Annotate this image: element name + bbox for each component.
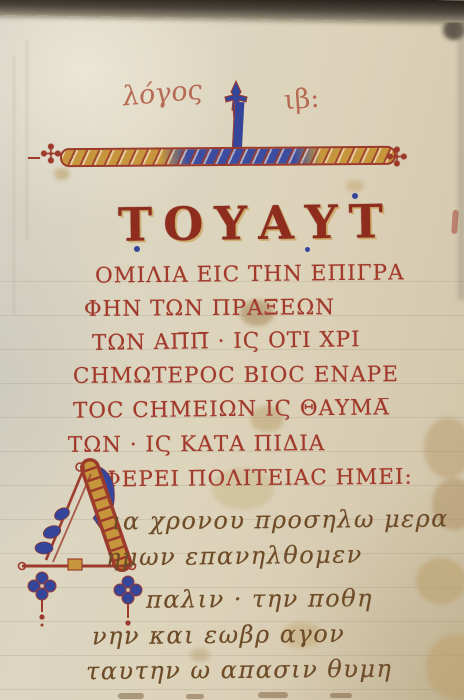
header-inscription-number: ιβ: [283, 83, 320, 116]
rubric-line: ΦΕΡΕΙ ΠΟΛΙΤΕΙΑϹ ΗΜΕΙ: [103, 465, 413, 493]
clipped-letter-tops [258, 692, 288, 698]
body-line: νην και εωβρ αγον [92, 620, 346, 651]
clipped-letter-tops [186, 694, 204, 699]
book-edge [0, 0, 464, 23]
rubric-line: ΦΗΝ ΤΩΝ ΠΡΑΞΕΩΝ [84, 295, 335, 322]
stain [416, 558, 464, 604]
body-line: παλιν · την ποθη [146, 584, 373, 614]
title-accent-dot [305, 247, 310, 252]
clipped-letter-tops [118, 693, 144, 699]
parchment-crease [13, 55, 15, 315]
headpiece-dash [28, 157, 40, 159]
manuscript-page-photo: λόγος ιβ: ✣ ✣ ΤΟΥΑΥΤ ΟΜΙΛΙΑ ΕΙϹ ΤΗΝ ΕΠΙΓ… [0, 0, 464, 700]
rubric-line: ΤΟϹ ϹΗΜΕΙΩΝ ΙϚ ΘΑΥΜΑ̅ [73, 395, 390, 423]
stain [424, 418, 464, 478]
headpiece-finial-left: ✣ [40, 140, 62, 170]
body-line: ταυτην ω απασιν θυμη [86, 655, 393, 686]
rubric-line: ΟΜΙΛΙΑ ΕΙϹ ΤΗΝ ΕΠΙΓΡΑ [95, 260, 405, 288]
clipped-letter-tops [330, 693, 352, 698]
rubric-line: ΤΩΝ ΑΠ̅Π̅ · ΙϚ ΟΤΙ ΧΡΙ [92, 327, 361, 356]
title-accent-dot [134, 246, 140, 252]
body-line: ια χρονου προσηλω μερα [112, 505, 449, 536]
rubric-line: ϹΗΜΩΤΕΡΟϹ ΒΙΟϹ ΕΝΑΡΕ [73, 362, 399, 389]
page-title: ΤΟΥΑΥΤ [118, 194, 395, 252]
stain [346, 180, 364, 192]
header-inscription-word: λόγος [121, 74, 203, 112]
headpiece-band [60, 146, 396, 167]
page-edge-shadow [458, 0, 464, 300]
title-accent-dot [352, 193, 358, 199]
headpiece-finial-right: ✣ [386, 143, 408, 173]
rubric-line: ΤΩΝ · ΙϚ ΚΑΤΑ ΠΙΔΙΑ [68, 431, 326, 458]
parchment-crease [26, 40, 28, 240]
body-line: ημων επανηλθομεν [106, 540, 363, 571]
